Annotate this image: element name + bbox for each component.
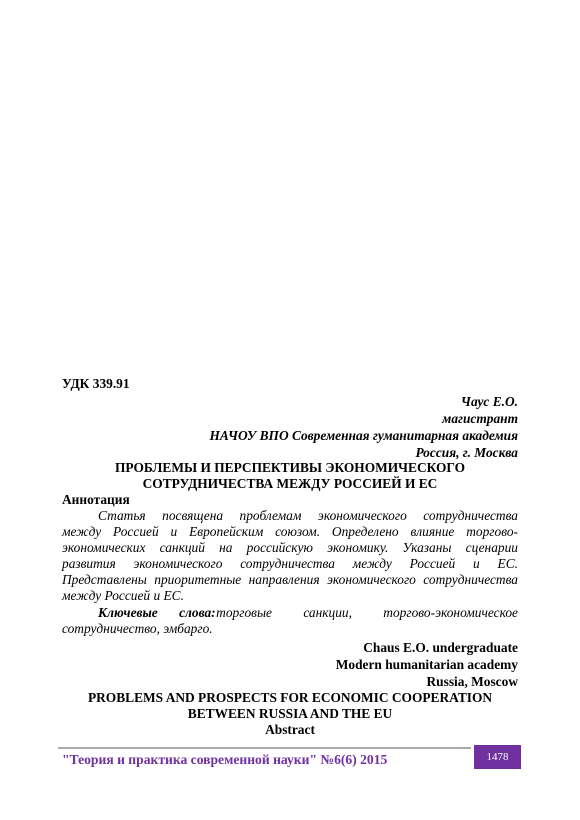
annotation-line: экономических санкций на российскую экон… <box>62 540 518 556</box>
annotation-line: между Россией и Европейским союзом. Опре… <box>62 524 518 540</box>
title-en-line-1: PROBLEMS AND PROSPECTS FOR ECONOMIC COOP… <box>62 690 518 706</box>
title-ru-line-1: ПРОБЛЕМЫ И ПЕРСПЕКТИВЫ ЭКОНОМИЧЕСКОГО <box>62 460 518 476</box>
author-en-organization: Modern humanitarian academy <box>62 657 518 673</box>
keywords-line-1: Ключевые слова: торговые санкции, торгов… <box>62 605 518 621</box>
title-en-line-2: BETWEEN RUSSIA AND THE EU <box>62 706 518 722</box>
annotation-line: Представлены приоритетные направления эк… <box>62 572 518 588</box>
footer-divider <box>58 747 471 749</box>
keywords-label: Ключевые слова: <box>98 605 216 621</box>
author-location: Россия, г. Москва <box>62 445 518 461</box>
annotation-line: Статья посвящена проблемам экономическог… <box>62 508 518 524</box>
keywords-line-2: сотрудничество, эмбарго. <box>62 621 518 637</box>
author-en-location: Russia, Moscow <box>62 674 518 690</box>
udk-code: УДК 339.91 <box>62 376 518 392</box>
author-organization: НАЧОУ ВПО Современная гуманитарная акаде… <box>62 428 518 444</box>
annotation-heading: Аннотация <box>62 492 518 508</box>
annotation-line: между Россией и ЕС. <box>62 588 518 604</box>
keywords-text: торговые санкции, торгово-экономическое <box>216 605 518 621</box>
title-ru-line-2: СОТРУДНИЧЕСТВА МЕЖДУ РОССИЕЙ И ЕС <box>62 476 518 492</box>
author-name: Чаус Е.О. <box>62 394 518 410</box>
abstract-heading: Abstract <box>62 722 518 738</box>
journal-title: "Теория и практика современной науки" №6… <box>62 752 387 768</box>
author-position: магистрант <box>62 411 518 427</box>
page-number-badge: 1478 <box>474 745 521 769</box>
author-en-name: Chaus E.O. undergraduate <box>62 640 518 656</box>
annotation-line: развития экономического сотрудничества м… <box>62 556 518 572</box>
